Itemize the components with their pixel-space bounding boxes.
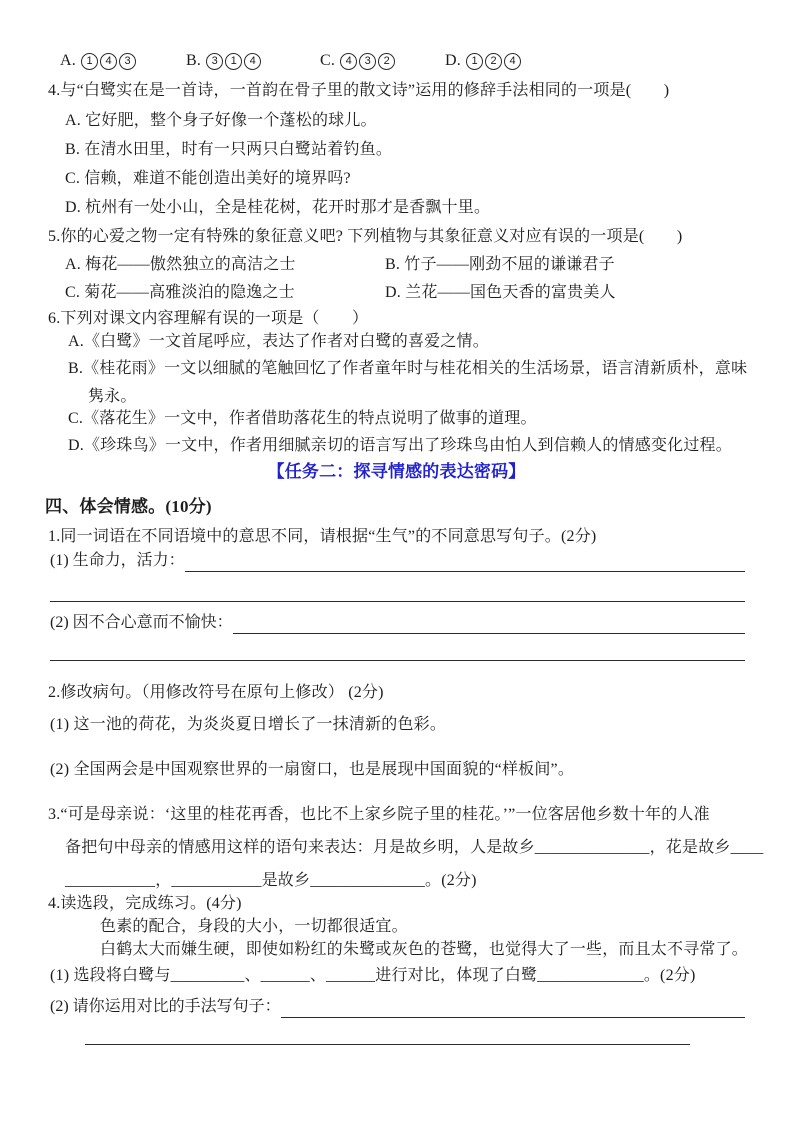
circled-digit: 4 (504, 53, 521, 70)
circled-digit: 2 (378, 53, 395, 70)
question-5-option-b: B. 竹子——刚劲不屈的谦谦君子 (385, 254, 615, 275)
choice-options-row: A. 143 B. 314 C. 432 D. 124 (0, 50, 793, 71)
s4-q1-item1: (1) 生命力，活力： (50, 550, 745, 572)
s4-q4-item2-blank (281, 995, 745, 1018)
circled-digit: 1 (81, 53, 98, 70)
s4-q4-stem: 4.读选段，完成练习。(4分) (48, 893, 242, 914)
circled-digit: 3 (119, 53, 136, 70)
s4-q4-item2-answer-line (85, 1044, 690, 1045)
s4-q3-line2: 备把句中母亲的情感用这样的语句来表达：月是故乡明，人是故乡___________… (65, 837, 763, 858)
circled-digit: 1 (466, 53, 483, 70)
s4-q1-item1-blank (185, 549, 745, 572)
s4-q1-item2-answer-line (50, 660, 745, 661)
s4-q4-item2-label: (2) 请你运用对比的手法写句子： (50, 996, 281, 1018)
question-6-stem: 6.下列对课文内容理解有误的一项是（ ） (48, 308, 368, 329)
question-5-option-a: A. 梅花——傲然独立的高洁之士 (65, 254, 296, 275)
s4-q4-item2: (2) 请你运用对比的手法写句子： (50, 996, 745, 1018)
circled-digit: 1 (225, 53, 242, 70)
question-4-option-a: A. 它好肥，整个身子好像一个蓬松的球儿。 (65, 110, 377, 131)
s4-q1-item2-blank (233, 611, 745, 634)
choice-option-a: A. 143 (60, 50, 137, 71)
choice-option-c: C. 432 (320, 50, 396, 71)
question-4-stem: 4.与“白鹭实在是一首诗，一首韵在骨子里的散文诗”运用的修辞手法相同的一项是( … (48, 80, 669, 101)
circled-digit: 4 (100, 53, 117, 70)
s4-q1-item2-label: (2) 因不合心意而不愉快： (50, 612, 233, 634)
question-6-option-d: D.《珍珠鸟》一文中，作者用细腻亲切的语言写出了珍珠鸟由怕人到信赖人的情感变化过… (68, 435, 732, 456)
section-4-title: 四、体会情感。(10分) (45, 496, 212, 517)
circled-digit: 4 (244, 53, 261, 70)
question-6-option-b-line2: 隽永。 (88, 386, 137, 407)
choice-option-b: B. 314 (186, 50, 262, 71)
s4-q3-line1: 3.“可是母亲说：‘这里的桂花再香，也比不上家乡院子里的桂花。’”一位客居他乡数… (48, 804, 710, 825)
s4-q3-line3: ___________，___________是故乡______________… (65, 870, 477, 891)
question-4-option-c: C. 信赖，难道不能创造出美好的境界吗? (65, 168, 351, 189)
s4-q4-item1: (1) 选段将白鹭与_________、______、______进行对比，体现… (50, 965, 696, 986)
circled-digit: 4 (340, 53, 357, 70)
question-5-option-d: D. 兰花——国色天香的富贵美人 (385, 282, 616, 303)
task2-banner: 【任务二：探寻情感的表达密码】 (0, 461, 793, 482)
s4-q1-item2: (2) 因不合心意而不愉快： (50, 612, 745, 634)
s4-q4-excerpt-line2: 白鹤太大而嫌生硬，即使如粉红的朱鹭或灰色的苍鹭，也觉得大了一些，而且太不寻常了。 (100, 939, 748, 960)
s4-q4-excerpt-line1: 色素的配合，身段的大小，一切都很适宜。 (100, 916, 408, 937)
circled-digit: 2 (485, 53, 502, 70)
question-6-option-a: A.《白鹭》一文首尾呼应，表达了作者对白鹭的喜爱之情。 (68, 331, 489, 352)
s4-q1-item1-label: (1) 生命力，活力： (50, 550, 185, 572)
question-4-option-d: D. 杭州有一处小山，全是桂花树，花开时那才是香飘十里。 (65, 197, 490, 218)
circled-digit: 3 (206, 53, 223, 70)
question-4-option-b: B. 在清水田里，时有一只两只白鹭站着钓鱼。 (65, 139, 392, 160)
question-6-option-c: C.《落花生》一文中，作者借助落花生的特点说明了做事的道理。 (68, 408, 537, 429)
s4-q2-stem: 2.修改病句。（用修改符号在原句上修改） (2分) (48, 682, 384, 703)
s4-q2-item2: (2) 全国两会是中国观察世界的一扇窗口，也是展现中国面貌的“样板间”。 (50, 759, 574, 780)
question-6-option-b-line1: B.《桂花雨》一文以细腻的笔触回忆了作者童年时与桂花相关的生活场景，语言清新质朴… (68, 358, 747, 379)
s4-q2-item1: (1) 这一池的荷花，为炎炎夏日增长了一抹清新的色彩。 (50, 714, 446, 735)
question-5-option-c: C. 菊花——高雅淡泊的隐逸之士 (65, 282, 295, 303)
choice-option-d: D. 124 (445, 50, 522, 71)
s4-q1-stem: 1.同一词语在不同语境中的意思不同，请根据“生气”的不同意思写句子。(2分) (48, 526, 596, 547)
exam-paper-page: A. 143 B. 314 C. 432 D. 124 4.与“白鹭实在是一首诗… (0, 0, 793, 1121)
circled-digit: 3 (359, 53, 376, 70)
question-5-stem: 5.你的心爱之物一定有特殊的象征意义吧? 下列植物与其象征意义对应有误的一项是(… (48, 226, 682, 247)
s4-q1-item1-answer-line (50, 601, 745, 602)
